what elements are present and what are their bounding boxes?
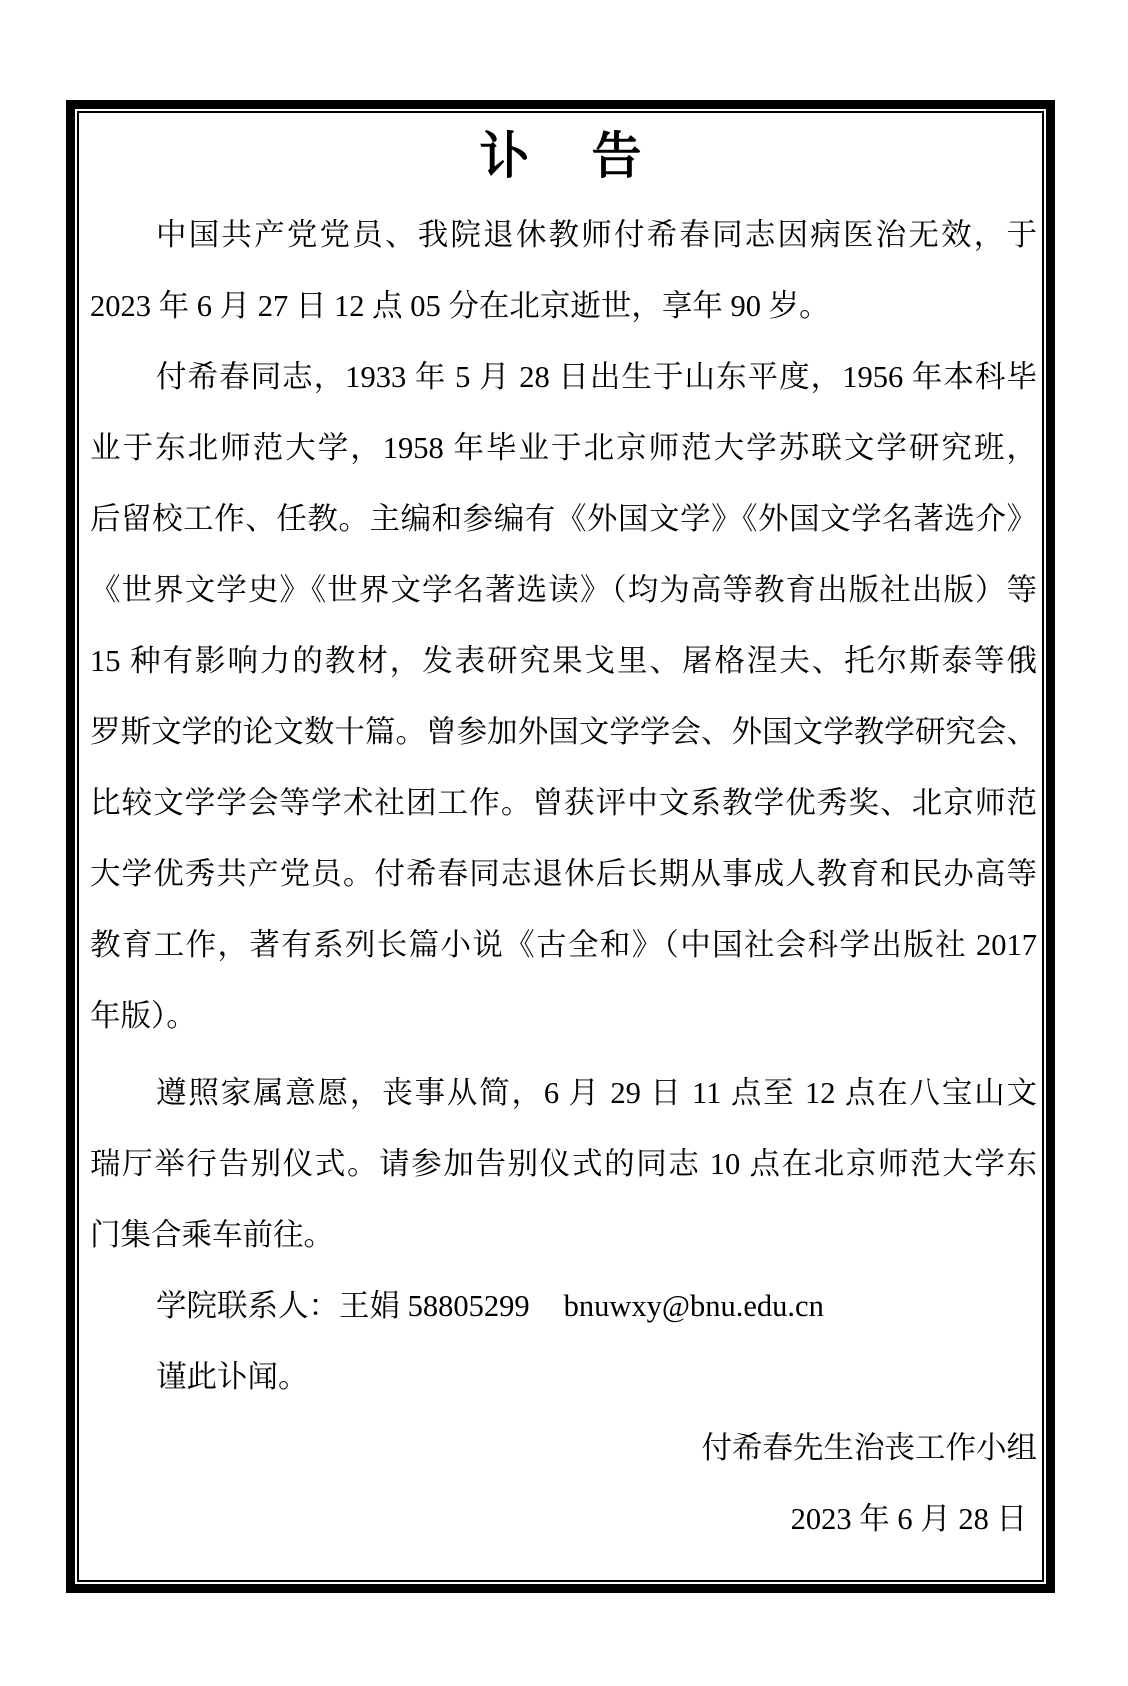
text-line: 门集合乘车前往。 bbox=[90, 1200, 1037, 1271]
signature-organization: 付希春先生治丧工作小组 bbox=[702, 1413, 1038, 1484]
title-char-1: 讣 bbox=[480, 127, 530, 185]
text-line: 后留校工作、任教。主编和参编有《外国文学》《外国文学名著选介》 bbox=[90, 484, 1037, 555]
text-line: 瑞厅举行告别仪式。请参加告别仪式的同志 10 点在北京师范大学东 bbox=[90, 1129, 1037, 1200]
paragraph-biography: 付希春同志，1933 年 5 月 28 日出生于山东平度，1956 年本科毕 业… bbox=[90, 342, 1037, 1052]
contact-line: 学院联系人：王娟 58805299bnuwxy@bnu.edu.cn bbox=[156, 1271, 1056, 1342]
text-line: 中国共产党党员、我院退休教师付希春同志因病医治无效，于 bbox=[90, 200, 1037, 271]
text-line: 罗斯文学的论文数十篇。曾参加外国文学学会、外国文学教学研究会、 bbox=[90, 697, 1037, 768]
closing-statement: 谨此讣闻。 bbox=[156, 1342, 756, 1413]
text-line: 大学优秀共产党员。付希春同志退休后长期从事成人教育和民办高等 bbox=[90, 839, 1037, 910]
text-line: 教育工作，著有系列长篇小说《古全和》（中国社会科学出版社 2017 bbox=[90, 910, 1037, 981]
text-line: 15 种有影响力的教材，发表研究果戈里、屠格涅夫、托尔斯泰等俄 bbox=[90, 626, 1037, 697]
text-line: 业于东北师范大学，1958 年毕业于北京师范大学苏联文学研究班， bbox=[90, 413, 1037, 484]
text-line: 年版）。 bbox=[90, 981, 1037, 1052]
title-char-2: 告 bbox=[592, 127, 642, 185]
text-line: 2023 年 6 月 27 日 12 点 05 分在北京逝世，享年 90 岁。 bbox=[90, 271, 1037, 342]
text-line: 付希春同志，1933 年 5 月 28 日出生于山东平度，1956 年本科毕 bbox=[90, 342, 1037, 413]
contact-email[interactable]: bnuwxy@bnu.edu.cn bbox=[564, 1289, 824, 1323]
signature-date: 2023 年 6 月 28 日 bbox=[791, 1484, 1027, 1555]
obituary-title: 讣告 bbox=[66, 126, 1055, 186]
paragraph-announcement: 中国共产党党员、我院退休教师付希春同志因病医治无效，于 2023 年 6 月 2… bbox=[90, 200, 1037, 342]
paragraph-funeral-arrangement: 遵照家属意愿，丧事从简，6 月 29 日 11 点至 12 点在八宝山文 瑞厅举… bbox=[90, 1058, 1037, 1271]
text-line: 《世界文学史》《世界文学名著选读》（均为高等教育出版社出版）等 bbox=[90, 555, 1037, 626]
contact-person: 学院联系人：王娟 58805299 bbox=[156, 1289, 530, 1323]
text-line: 比较文学学会等学术社团工作。曾获评中文系教学优秀奖、北京师范 bbox=[90, 768, 1037, 839]
text-line: 遵照家属意愿，丧事从简，6 月 29 日 11 点至 12 点在八宝山文 bbox=[90, 1058, 1037, 1129]
